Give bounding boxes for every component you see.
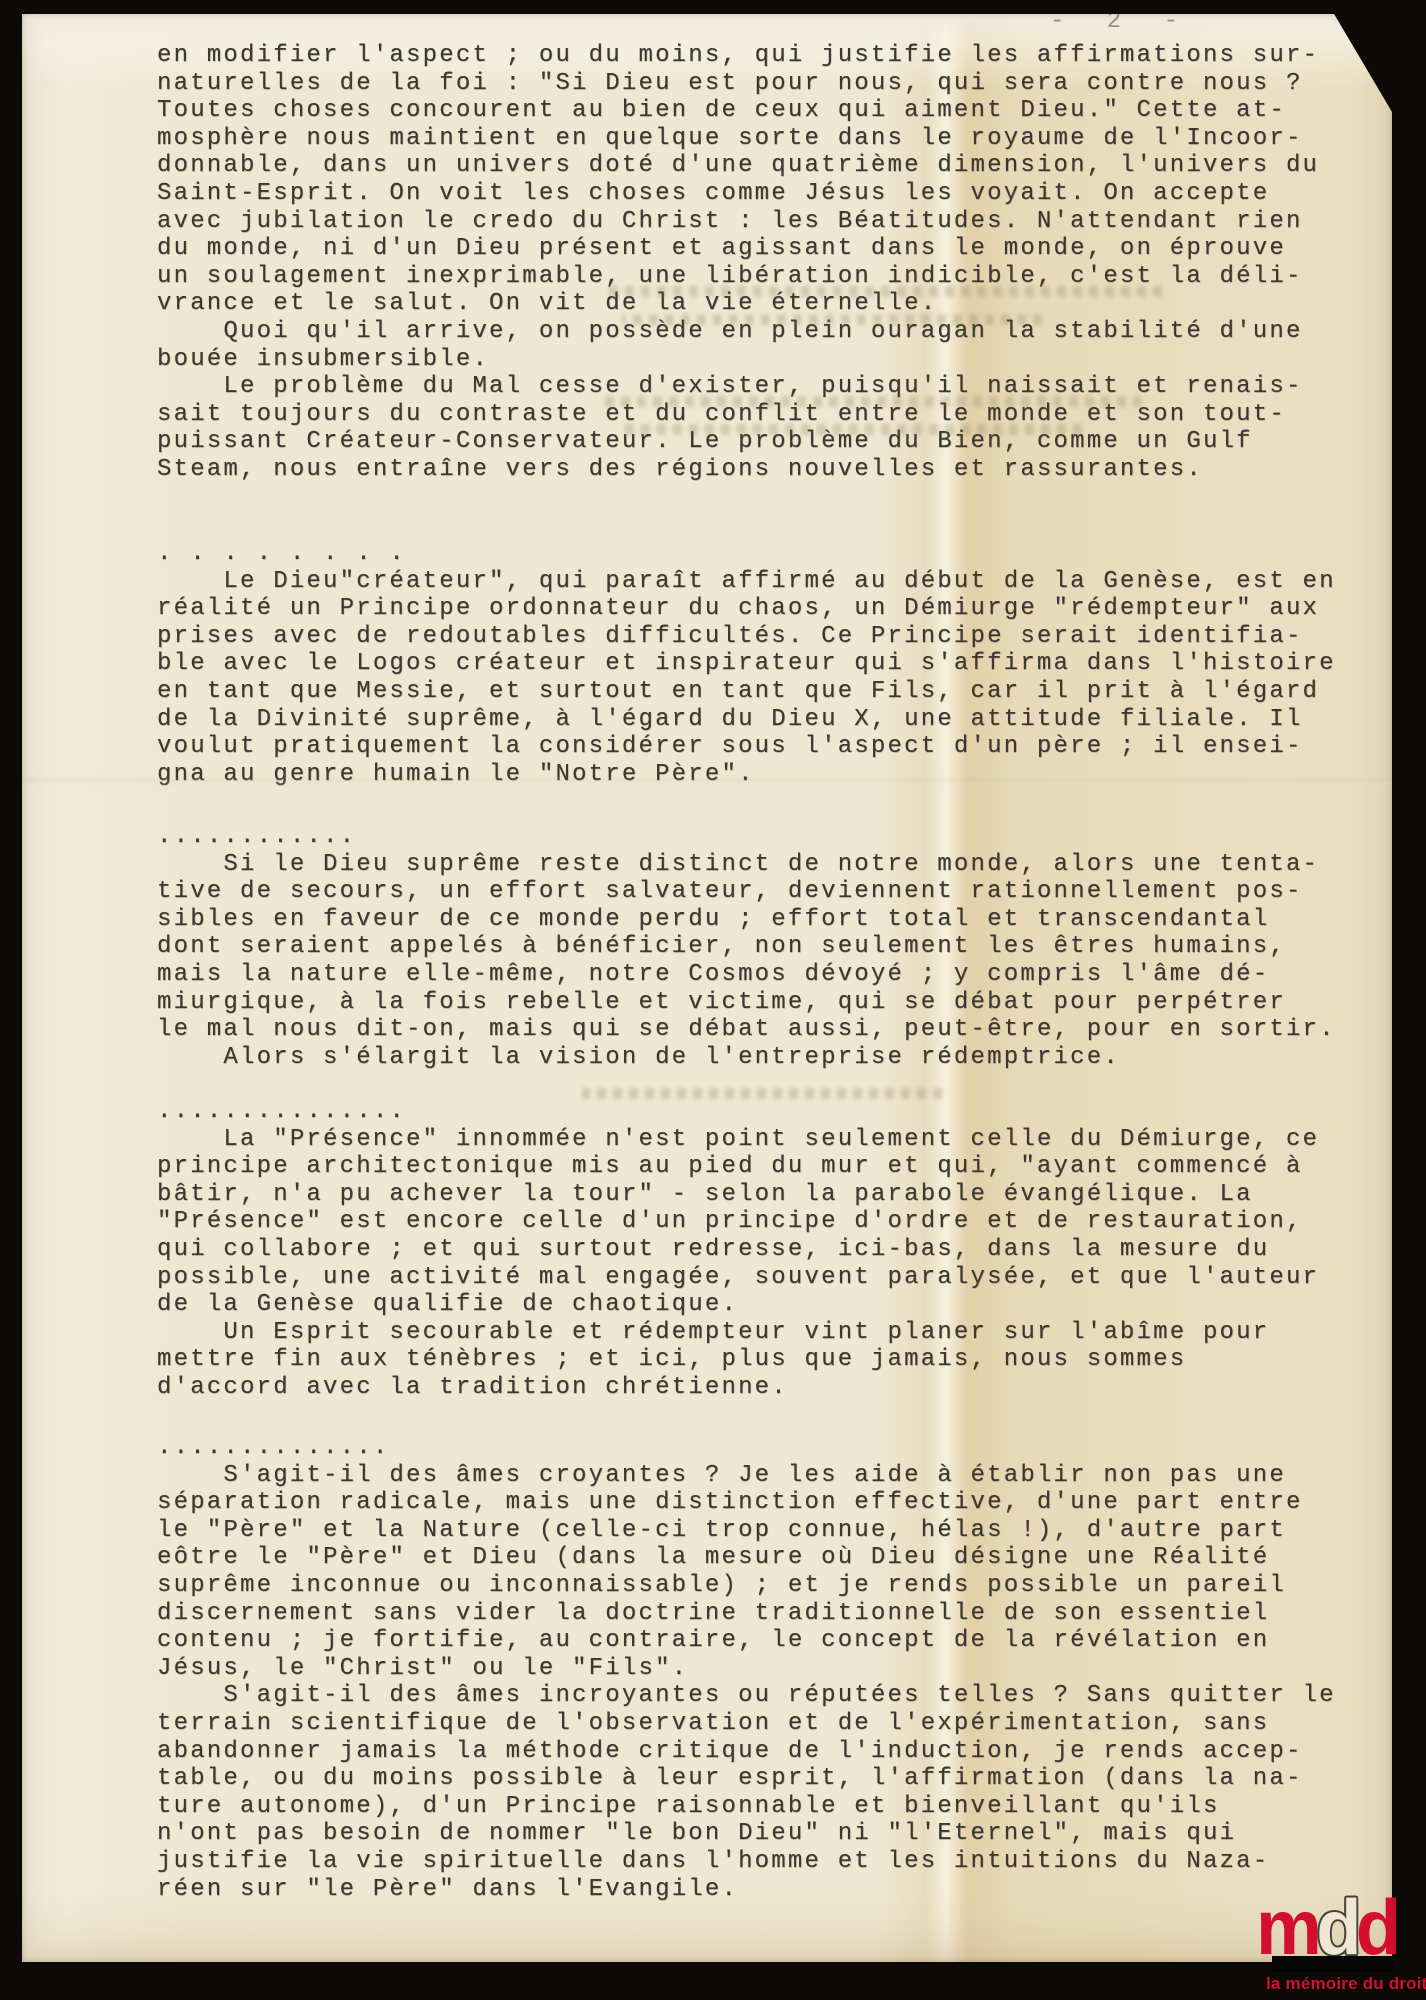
document-page: - 2 - en modifier l'aspect ; ou du moins… [22,14,1392,1962]
text-line: Toutes choses concourent au bien de ceux… [157,97,1319,125]
text-line: abandonner jamais la méthode critique de… [157,1738,1336,1766]
dotted-separator: .............. [157,1434,1336,1462]
text-line: Steam, nous entraîne vers des régions no… [157,456,1319,484]
dotted-separator: ............... [157,1098,1319,1126]
text-line: séparation radicale, mais une distinctio… [157,1489,1336,1517]
bleed-through-smudge [622,314,1042,325]
text-line: en tant que Messie, et surtout en tant q… [157,678,1336,706]
text-line: en modifier l'aspect ; ou du moins, qui … [157,42,1319,70]
text-line: sibles en faveur de ce monde perdu ; eff… [157,906,1336,934]
text-line: bouée insubmersible. [157,346,1319,374]
text-line: mettre fin aux ténèbres ; et ici, plus q… [157,1346,1319,1374]
text-section: . . . . . . . . Le Dieu"créateur", qui p… [157,540,1336,788]
text-line: voulut pratiquement la considérer sous l… [157,733,1336,761]
text-line: Un Esprit secourable et rédempteur vint … [157,1319,1319,1347]
text-line: tive de secours, un effort salvateur, de… [157,878,1336,906]
mdd-logo: mdd [1256,1888,1395,1966]
text-line: mais la nature elle-même, notre Cosmos d… [157,961,1336,989]
text-line: miurgique, à la fois rebelle et victime,… [157,989,1336,1017]
text-line: S'agit-il des âmes incroyantes ou réputé… [157,1682,1336,1710]
text-line: du monde, ni d'un Dieu présent et agissa… [157,235,1319,263]
text-line: table, ou du moins possible à leur espri… [157,1765,1336,1793]
text-line: ture autonome), d'un Principe raisonnabl… [157,1793,1336,1821]
text-line: donnable, dans un univers doté d'une qua… [157,152,1319,180]
text-line: S'agit-il des âmes croyantes ? Je les ai… [157,1462,1336,1490]
text-line: terrain scientifique de l'observation et… [157,1710,1336,1738]
text-line: le "Père" et la Nature (celle-ci trop co… [157,1517,1336,1545]
logo-underline-bar [1272,1956,1393,1972]
text-line: La "Présence" innommée n'est point seule… [157,1126,1319,1154]
text-line: principe architectonique mis au pied du … [157,1153,1319,1181]
text-line: ble avec le Logos créateur et inspirateu… [157,650,1336,678]
text-line: dont seraient appelés à bénéficier, non … [157,933,1336,961]
text-line: bâtir, n'a pu achever la tour" - selon l… [157,1181,1319,1209]
text-line: qui collabore ; et qui surtout redresse,… [157,1236,1319,1264]
logo-tagline: la mémoire du droit [1266,1974,1426,1994]
text-line: contenu ; je fortifie, au contraire, le … [157,1627,1336,1655]
dotted-separator: . . . . . . . . [157,540,1336,568]
text-line: eôtre le "Père" et Dieu (dans la mesure … [157,1544,1336,1572]
text-line: Alors s'élargit la vision de l'entrepris… [157,1044,1336,1072]
text-line: justifie la vie spirituelle dans l'homme… [157,1848,1336,1876]
text-line: de la Divinité suprême, à l'égard du Die… [157,706,1336,734]
text-line: Le Dieu"créateur", qui paraît affirmé au… [157,568,1336,596]
bleed-through-smudge [582,1088,942,1099]
text-line: avec jubilation le credo du Christ : les… [157,208,1319,236]
text-line: n'ont pas besoin de nommer "le bon Dieu"… [157,1820,1336,1848]
paper-fold-crease [22,779,1392,785]
text-line: mosphère nous maintient en quelque sorte… [157,125,1319,153]
text-line: possible, une activité mal engagée, souv… [157,1264,1319,1292]
text-section: ............ Si le Dieu suprême reste di… [157,823,1336,1071]
text-line: naturelles de la foi : "Si Dieu est pour… [157,70,1319,98]
text-line: "Présence" est encore celle d'un princip… [157,1208,1319,1236]
typed-text: en modifier l'aspect ; ou du moins, qui … [22,14,1392,1962]
text-line: le mal nous dit-on, mais qui se débat au… [157,1016,1336,1044]
bleed-through-smudge [622,424,1082,435]
text-line: Saint-Esprit. On voit les choses comme J… [157,180,1319,208]
dotted-separator: ............ [157,823,1336,851]
text-line: discernement sans vider la doctrine trad… [157,1600,1336,1628]
text-line: prises avec de redoutables difficultés. … [157,623,1336,651]
scanned-document: - 2 - en modifier l'aspect ; ou du moins… [0,0,1426,2000]
text-line: Jésus, le "Christ" ou le "Fils". [157,1655,1336,1683]
text-section: .............. S'agit-il des âmes croyan… [157,1434,1336,1903]
text-section: ............... La "Présence" innommée n… [157,1098,1319,1402]
text-line: de la Genèse qualifie de chaotique. [157,1291,1319,1319]
text-line: suprême inconnue ou inconnaissable) ; et… [157,1572,1336,1600]
text-line: d'accord avec la tradition chrétienne. [157,1374,1319,1402]
text-line: réalité un Principe ordonnateur du chaos… [157,595,1336,623]
text-line: réen sur "le Père" dans l'Evangile. [157,1876,1336,1904]
text-section: en modifier l'aspect ; ou du moins, qui … [157,42,1319,484]
bleed-through-smudge [602,396,1142,407]
text-line: Si le Dieu suprême reste distinct de not… [157,851,1336,879]
bleed-through-smudge [602,286,1162,297]
